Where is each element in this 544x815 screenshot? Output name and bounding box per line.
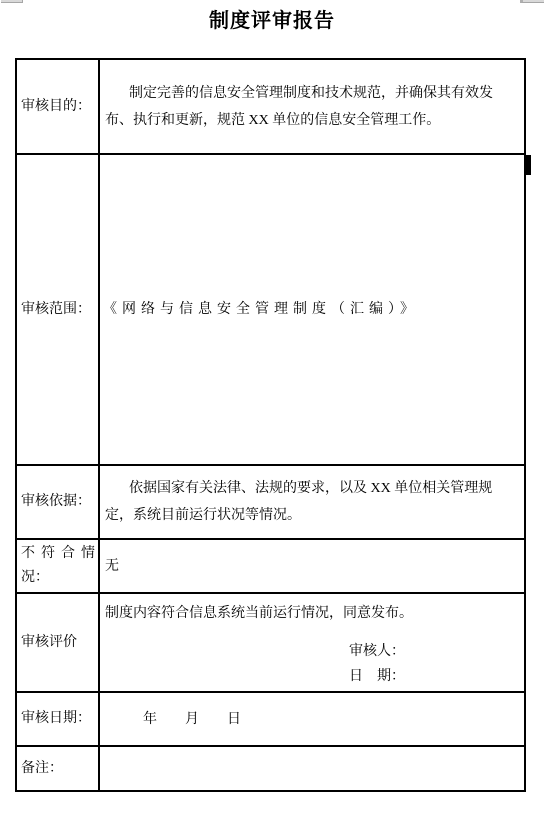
document-title: 制度评审报告 (0, 7, 544, 35)
cell-remarks[interactable] (99, 746, 525, 791)
audit-scope-text: 《网络与信息安全管理制度（汇编）》 (103, 296, 516, 323)
reviewer-label: 审核人： (349, 639, 516, 664)
label-audit-basis: 审核依据： (16, 465, 99, 539)
signature-date-label: 日 期： (349, 664, 516, 689)
ui-artifact-top-left (1, 0, 23, 3)
cell-audit-basis[interactable]: 依据国家有关法律、法规的要求，以及 XX 单位相关管理规定，系统目前运行状况等情… (99, 465, 525, 539)
cell-audit-date[interactable]: 年 月 日 (99, 692, 525, 746)
cell-audit-evaluation[interactable]: 制度内容符合信息系统当前运行情况，同意发布。 审核人： 日 期： (99, 593, 525, 692)
audit-date-text: 年 月 日 (143, 706, 516, 733)
label-audit-evaluation: 审核评价 (16, 593, 99, 692)
audit-evaluation-text: 制度内容符合信息系统当前运行情况，同意发布。 (105, 600, 516, 627)
ui-artifact-top-right (520, 0, 544, 3)
label-audit-scope: 审核范围： (16, 154, 99, 465)
audit-basis-text: 依据国家有关法律、法规的要求，以及 XX 单位相关管理规定，系统目前运行状况等情… (105, 475, 516, 529)
document-page: 制度评审报告 审核目的： 制定完善的信息安全管理制度和技术规范，并确保其有效发布… (0, 0, 544, 815)
label-remarks: 备注： (16, 746, 99, 791)
label-nonconformity: 不符合情况： (16, 539, 99, 593)
label-audit-purpose: 审核目的： (16, 59, 99, 154)
nonconformity-text: 无 (105, 553, 516, 580)
table-row-audit-date: 审核日期： 年 月 日 (16, 692, 525, 746)
label-audit-date: 审核日期： (16, 692, 99, 746)
row-resize-mark[interactable] (526, 155, 531, 175)
audit-purpose-text: 制定完善的信息安全管理制度和技术规范，并确保其有效发布、执行和更新，规范 XX … (105, 80, 516, 134)
signature-block: 审核人： 日 期： (349, 639, 516, 689)
cell-nonconformity[interactable]: 无 (99, 539, 525, 593)
table-row-basis: 审核依据： 依据国家有关法律、法规的要求，以及 XX 单位相关管理规定，系统目前… (16, 465, 525, 539)
table-row-remarks: 备注： (16, 746, 525, 791)
cell-audit-purpose[interactable]: 制定完善的信息安全管理制度和技术规范，并确保其有效发布、执行和更新，规范 XX … (99, 59, 525, 154)
table-row-scope: 审核范围： 《网络与信息安全管理制度（汇编）》 (16, 154, 525, 465)
review-table: 审核目的： 制定完善的信息安全管理制度和技术规范，并确保其有效发布、执行和更新，… (15, 58, 526, 792)
cell-audit-scope[interactable]: 《网络与信息安全管理制度（汇编）》 (99, 154, 525, 465)
table-row-purpose: 审核目的： 制定完善的信息安全管理制度和技术规范，并确保其有效发布、执行和更新，… (16, 59, 525, 154)
table-row-evaluation: 审核评价 制度内容符合信息系统当前运行情况，同意发布。 审核人： 日 期： (16, 593, 525, 692)
table-row-nonconformity: 不符合情况： 无 (16, 539, 525, 593)
